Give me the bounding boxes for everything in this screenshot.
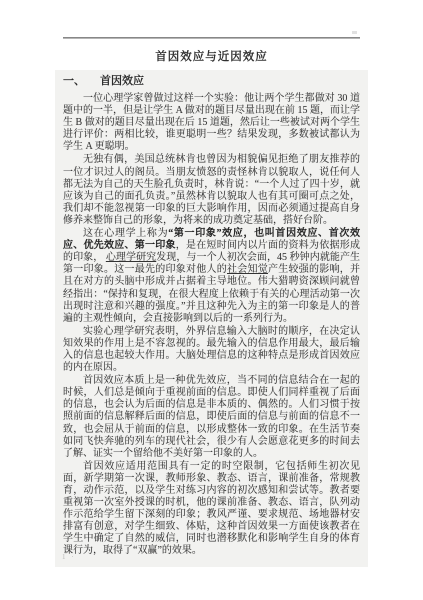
text-run: 心理学研究 bbox=[106, 252, 156, 263]
text-run: 这在心理学上称为 bbox=[83, 228, 168, 239]
header-rule bbox=[63, 37, 360, 39]
paragraph: 首因效应适用范围具有一定的时空限制，它包括师生初次见面，新学期第一次课，教师形象… bbox=[63, 461, 360, 558]
paragraph: 这在心理学上称为“第一印象”效应，也叫首因效应、首次效应、优先效应、第一印象，是… bbox=[63, 228, 360, 325]
page-footer-mark: 1 · bbox=[62, 553, 76, 561]
paragraph: 首因效应本质上是一种优先效应，当不同的信息结合在一起的时候，人们总是倾向于重视前… bbox=[63, 375, 360, 460]
paragraph: 实验心理学研究表明，外界信息输入大脑时的顺序，在决定认知效果的作用上是不容忽视的… bbox=[63, 326, 360, 374]
section-title: 首因效应 bbox=[100, 75, 144, 87]
section-heading: 一、首因效应 bbox=[63, 74, 360, 89]
text-run: 一位心理学家曾做过这样一个实验：他让两个学生都做对 30 道题中的一半，但是让学… bbox=[63, 93, 360, 152]
paragraphs: 一位心理学家曾做过这样一个实验：他让两个学生都做对 30 道题中的一半，但是让学… bbox=[63, 93, 360, 558]
document-title: 首因效应与近因效应 bbox=[0, 48, 423, 64]
text-run: 社会知觉 bbox=[227, 264, 268, 275]
paragraph: 一位心理学家曾做过这样一个实验：他让两个学生都做对 30 道题中的一半，但是让学… bbox=[63, 93, 360, 153]
text-run: 首因效应本质上是一种优先效应，当不同的信息结合在一起的时候，人们总是倾向于重视前… bbox=[63, 375, 360, 459]
document-page: 首因效应与近因效应 一、首因效应 一位心理学家曾做过这样一个实验：他让两个学生都… bbox=[0, 0, 423, 600]
content-area: 一、首因效应 一位心理学家曾做过这样一个实验：他让两个学生都做对 30 道题中的… bbox=[55, 70, 368, 567]
paragraph: 无独有偶，美国总统林肯也曾因为相貌偏见拒绝了朋友推荐的一位才识过人的阁员。当朋友… bbox=[63, 154, 360, 227]
text-run: 首因效应适用范围具有一定的时空限制，它包括师生初次见面，新学期第一次课，教师形象… bbox=[63, 461, 360, 557]
text-run: 无独有偶，美国总统林肯也曾因为相貌偏见拒绝了朋友推荐的一位才识过人的阁员。当朋友… bbox=[63, 154, 360, 225]
text-run: 实验心理学研究表明，外界信息输入大脑时的顺序，在决定认知效果的作用上是不容忽视的… bbox=[63, 326, 360, 373]
scan-artifact bbox=[352, 31, 357, 34]
section-number: 一、 bbox=[63, 75, 85, 87]
